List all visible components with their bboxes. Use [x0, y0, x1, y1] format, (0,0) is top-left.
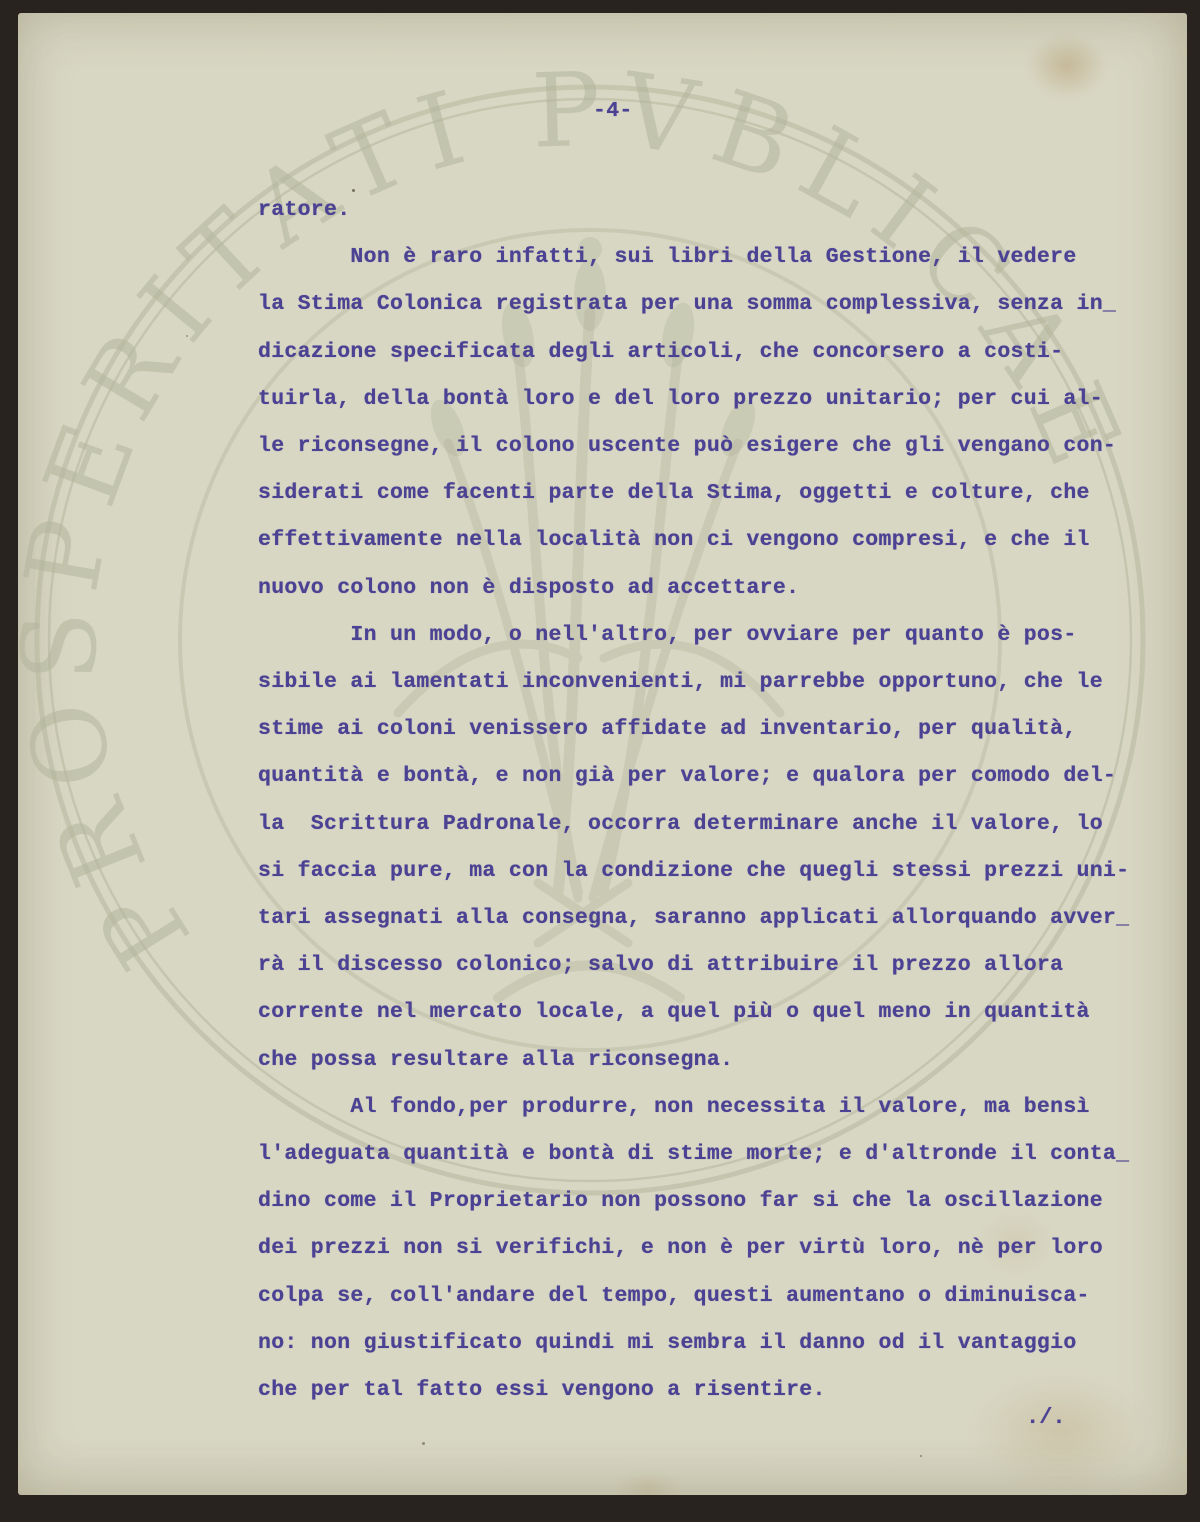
text-line: Non è raro infatti, sui libri della Gest… — [258, 234, 1158, 281]
text-line: tari assegnati alla consegna, saranno ap… — [258, 895, 1158, 942]
paper-stain — [1012, 21, 1122, 111]
document-body: ratore. Non è raro infatti, sui libri de… — [258, 187, 1158, 1414]
text-line: ratore. — [258, 187, 1158, 234]
text-line: tuirla, della bontà loro e del loro prez… — [258, 376, 1158, 423]
text-line: dei prezzi non si verifichi, e non è per… — [258, 1225, 1158, 1272]
text-line: stime ai coloni venissero affidate ad in… — [258, 706, 1158, 753]
text-line: nuovo colono non è disposto ad accettare… — [258, 565, 1158, 612]
document-page: PROSPERITATI PVBLICAE -4- ratore. Non è … — [18, 13, 1187, 1495]
text-line: In un modo, o nell'altro, per ovviare pe… — [258, 612, 1158, 659]
text-line: Al fondo,per produrre, non necessita il … — [258, 1084, 1158, 1131]
dust-speck — [186, 335, 188, 337]
page-number: -4- — [593, 99, 633, 123]
dust-speck — [920, 1455, 922, 1457]
text-line: effettivamente nella località non ci ven… — [258, 517, 1158, 564]
text-line: l'adeguata quantità e bontà di stime mor… — [258, 1131, 1158, 1178]
dust-speck — [422, 1442, 425, 1445]
text-line: rà il discesso colonico; salvo di attrib… — [258, 942, 1158, 989]
text-line: che possa resultare alla riconsegna. — [258, 1037, 1158, 1084]
paper-stain — [608, 1468, 688, 1495]
text-line: colpa se, coll'andare del tempo, questi … — [258, 1273, 1158, 1320]
photo-backdrop: PROSPERITATI PVBLICAE -4- ratore. Non è … — [0, 0, 1200, 1522]
text-line: quantità e bontà, e non già per valore; … — [258, 753, 1158, 800]
text-line: siderati come facenti parte della Stima,… — [258, 470, 1158, 517]
text-line: la Stima Colonica registrata per una som… — [258, 281, 1158, 328]
text-line: che per tal fatto essi vengono a risenti… — [258, 1367, 1158, 1414]
end-of-page-mark: ./. — [1026, 1405, 1066, 1430]
text-line: si faccia pure, ma con la condizione che… — [258, 848, 1158, 895]
text-line: dicazione specificata degli articoli, ch… — [258, 329, 1158, 376]
text-line: corrente nel mercato locale, a quel più … — [258, 989, 1158, 1036]
text-line: le riconsegne, il colono uscente può esi… — [258, 423, 1158, 470]
text-line: la Scrittura Padronale, occorra determin… — [258, 801, 1158, 848]
text-line: sibile ai lamentati inconvenienti, mi pa… — [258, 659, 1158, 706]
text-line: no: non giustificato quindi mi sembra il… — [258, 1320, 1158, 1367]
text-line: dino come il Proprietario non possono fa… — [258, 1178, 1158, 1225]
